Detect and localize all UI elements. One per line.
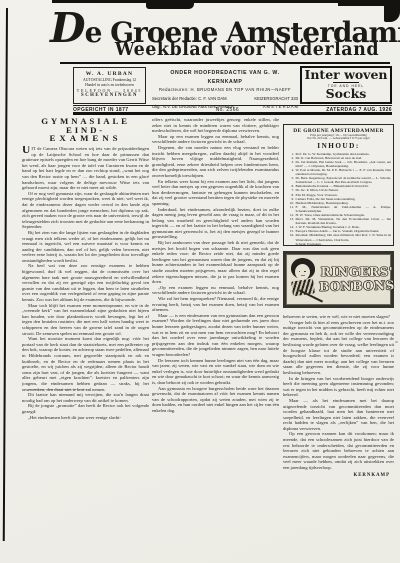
ringers-ad-product: BONBONS <box>319 279 395 294</box>
urban-ad-line: AUTOSTALLING Frankenslag 12 <box>74 78 145 83</box>
contents-heading: INHOUD: <box>286 142 391 151</box>
article-paragraph: Maar — als het eindexamen met het daarop… <box>283 398 394 432</box>
portrait-eye <box>304 271 306 273</box>
article-paragraph: Bij het aanhooren van deze passage heb i… <box>152 240 279 285</box>
portrait-eye <box>299 271 301 273</box>
article-body-col1: UIT de Camera Obscura weten wij iets van… <box>22 146 149 498</box>
masthead-rule <box>60 62 390 64</box>
portrait-face <box>295 264 310 280</box>
interwoven-ad-brand: Inter woven <box>302 69 390 82</box>
article-paragraph: „Op een examen leggen nu eenmaal, behalv… <box>152 285 279 296</box>
secretary-left: Secretaris der Redactie: C. F. VAN DAM <box>152 95 227 103</box>
ringers-ad-box: RINGERS' BONBONS <box>283 251 394 308</box>
article-title-line1: GYMNASIALE EIND- <box>22 117 149 134</box>
editors-line: Redacteuren: H. BRUGMANS EN TOP VAN RHIJ… <box>152 86 298 94</box>
article-paragraph: De leeraren toch kennen hunne leerlingen… <box>152 358 279 386</box>
article-paragraph: Maar op een examen leggen nu eenmaal, be… <box>152 134 279 145</box>
author-signature: KERNKAMP <box>283 473 394 478</box>
boy-portrait-illustration <box>289 257 319 303</box>
article-paragraph: Maar — is een eindexamen van een gymnasi… <box>152 313 279 358</box>
newspaper-page: De Groene Amsterdammer Weekblad voor Ned… <box>0 0 400 563</box>
article-paragraph: Bij het zien van die lange lijsten van g… <box>22 230 149 264</box>
masthead-subtitle: Weekblad voor Nederland <box>103 41 391 60</box>
contents-box: DE GROENE AMSTERDAMMER Prijs per jaargan… <box>283 124 394 246</box>
article-paragraph: Inderdaad, het eindexamen, afzonderlijk … <box>152 207 279 241</box>
dateline-rule-bottom <box>73 112 392 115</box>
article-paragraph: Bij de jongste „promotie” dan heeft de R… <box>22 403 149 414</box>
article-paragraph: Na heel wat van deze zoo ernstige examen… <box>22 263 149 302</box>
right-column: DE GROENE AMSTERDAMMER Prijs per jaargan… <box>283 117 394 478</box>
article-paragraph: UIT de Camera Obscura weten wij iets van… <box>22 146 149 191</box>
article-body-col3: behoeven te weten, wie er wèl, wie er ni… <box>283 314 394 471</box>
article-paragraph: Vroeger heb ik hier al eens geschreven o… <box>283 320 394 376</box>
ringers-ad-inner: RINGERS' BONBONS <box>286 254 391 305</box>
article-paragraph: In de kringen van het voorbereidend hoog… <box>283 376 394 398</box>
article-paragraph: Aan gymnasia en hoogere burgerscholen be… <box>152 386 279 414</box>
article-paragraph: En telkens weer komt bij een examen aan … <box>152 179 279 207</box>
article-column-1: GYMNASIALE EIND- EXAMENS UIT de Camera O… <box>22 117 149 498</box>
portrait-collar <box>291 278 315 296</box>
secretary-line: Secretaris der Redactie: C. F. VAN DAM K… <box>152 95 298 103</box>
secretary-right: KEIZERSGRACHT 333 <box>254 95 298 103</box>
contents-item: 5.Dr. Bern. Regenboog, Episode uit de ko… <box>286 176 391 184</box>
article-paragraph: Dit laatste kan niemand mij verwijten, d… <box>22 392 149 403</box>
article-paragraph: Want het mooiste moment komt dan eigenli… <box>22 336 149 392</box>
contents-list: 1.Prof. Dr. G. W. Kernkamp, Gymnasiale e… <box>286 152 391 246</box>
scan-artifact <box>52 0 148 3</box>
article-paragraph: Maar toch blijft het examen eene momento… <box>22 303 149 337</box>
article-body-col2: offers geëischt, waaronder juweeltjes ge… <box>152 117 279 490</box>
contents-item: 4.W. Post te Monde, Dr. M. P. E. Hubrech… <box>286 168 391 176</box>
interwoven-ad-box: Inter woven TOE AND HEEL Socks <box>300 66 392 104</box>
scan-artifact <box>192 0 342 3</box>
contents-item: 16.Mozaïek: Middelburg; Om onze militair… <box>286 233 391 241</box>
contents-price-line2: Per Nr. 20 Cent. — Advertentiën f 0.75 p… <box>286 137 391 141</box>
contents-item: 13.Mevr. Mr. M. Westerman, Na den Econom… <box>286 217 391 225</box>
article-paragraph: Degenen, die van moeder natuur een vlug … <box>152 145 279 179</box>
page-border-line <box>3 8 8 541</box>
portrait-mouth <box>301 275 305 276</box>
ringers-ad-text: RINGERS' BONBONS <box>319 266 397 293</box>
urban-ad-city: SCHEVENINGEN <box>74 93 145 99</box>
chief-editor-line: ONDER HOOFDREDACTIE VAN G. W. KERNKAMP <box>152 69 298 86</box>
contents-item: Schaak: Postzaken. <box>286 242 391 246</box>
article-paragraph: Of er nog veel gymnasia zijn, waar de ge… <box>22 191 149 230</box>
contents-item: 3.Dr. Jan Romein, Het laatste boek — Joh… <box>286 160 391 168</box>
scan-artifact <box>146 0 194 9</box>
article-paragraph: „Het eindexamen heeft dit jaar weer eeni… <box>22 415 149 421</box>
article-paragraph: behoeven te weten, wie er wèl, wie er ni… <box>283 314 394 320</box>
dateline-rule-top <box>73 105 392 106</box>
article-paragraph: Wie zal het hem tegenspreken? Niemand, v… <box>152 296 279 313</box>
article-paragraph: Op een gewoon examen kan dit voorkomen; … <box>283 431 394 470</box>
article-title-line2: EXAMENS <box>22 134 149 143</box>
scan-artifact <box>395 341 398 343</box>
contents-item: 11.F. M., Nederlanders uit Zuid-Amerika … <box>286 205 391 213</box>
urban-ad-box: W. A. URBAN AUTOSTALLING Frankenslag 12 … <box>73 67 146 104</box>
article-paragraph: offers geëischt, waaronder juweeltjes ge… <box>152 117 279 134</box>
drop-cap: U <box>22 146 31 156</box>
interwoven-ad-product: Socks <box>302 88 390 101</box>
